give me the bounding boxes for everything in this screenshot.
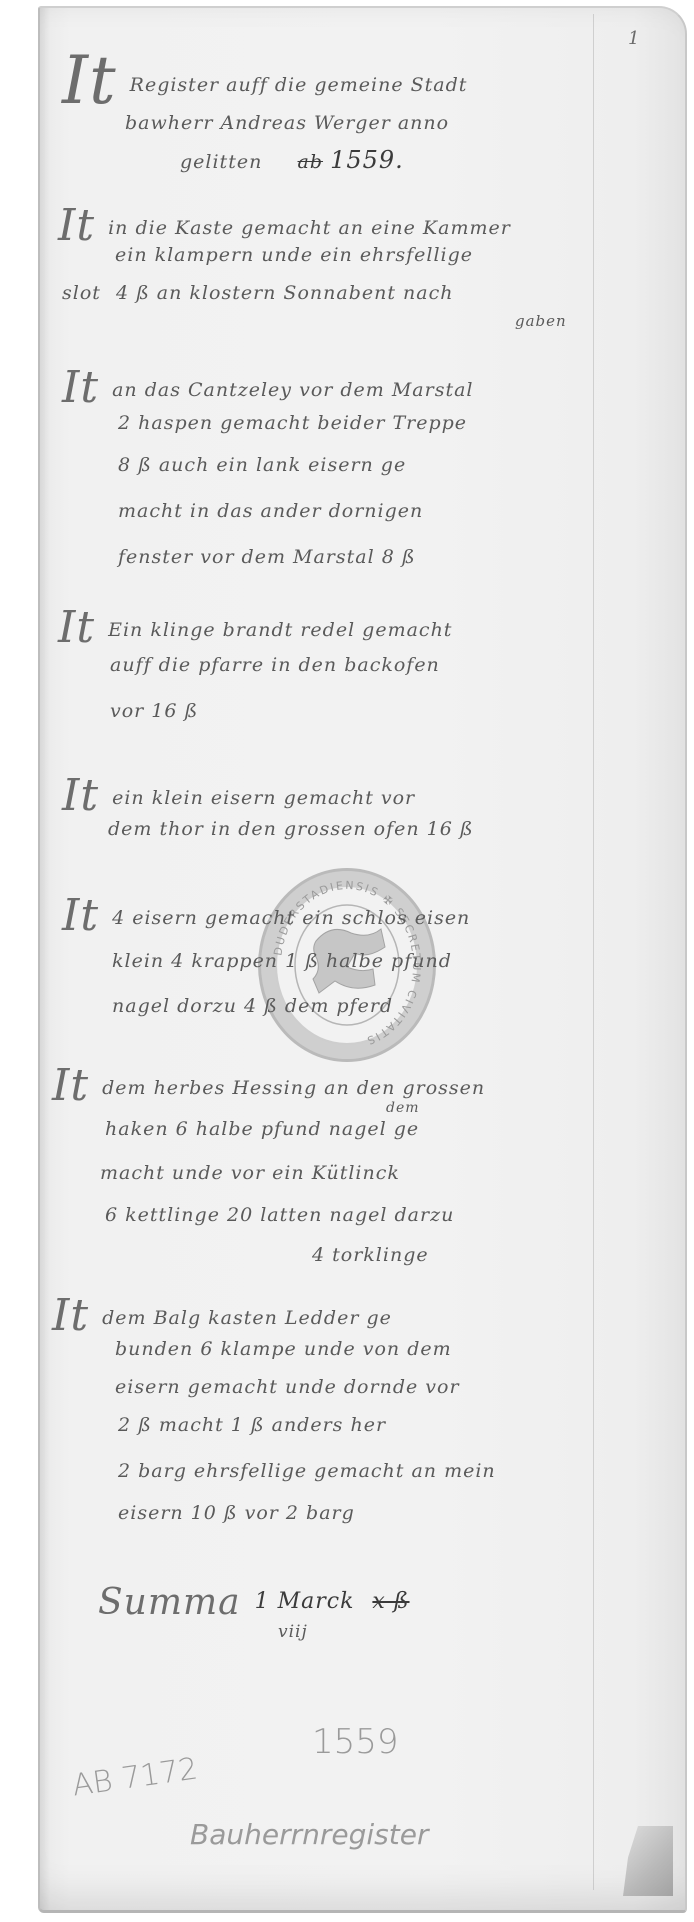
- entry-5-line-3: nagel dorzu 4 ß dem pferd: [112, 995, 393, 1017]
- crossed-text: x ß: [372, 1589, 409, 1614]
- entry-initial: It: [62, 890, 99, 941]
- entry-2-line-3: 8 ß auch ein lank eisern ge: [118, 454, 406, 476]
- entry-initial: It: [52, 1290, 89, 1341]
- entry-2-line-5: fenster vor dem Marstal 8 ß: [118, 546, 416, 568]
- decorative-initial: It: [62, 42, 117, 119]
- entry-initial: It: [58, 200, 95, 251]
- entry-5-line-2: klein 4 krappen 1 ß halbe pfund: [112, 950, 452, 972]
- entry-initial: It: [58, 602, 95, 653]
- entry-text: dem herbes Hessing an den grossen: [102, 1077, 485, 1099]
- header-year: 1559.: [330, 146, 404, 174]
- header-text-1: Register auff die gemeine Stadt: [130, 74, 468, 96]
- entry-initial: It: [62, 362, 99, 413]
- entry-7-line-4: 2 ß macht 1 ß anders her: [118, 1414, 386, 1436]
- entry-text: dem Balg kasten Ledder ge: [102, 1307, 392, 1329]
- entry-1-line-3: slot 4 ß an klostern Sonnabent nach: [62, 282, 453, 304]
- summa-label: Summa: [98, 1582, 241, 1623]
- summa-amount: 1 Marck: [255, 1589, 355, 1614]
- entry-7-line-1: It dem Balg kasten Ledder ge: [52, 1290, 392, 1341]
- entry-initial: It: [52, 1060, 89, 1111]
- entry-1-line-2: ein klampern unde ein ehrsfellige: [115, 244, 473, 266]
- entry-3-line-2: auff die pfarre in den backofen: [110, 654, 440, 676]
- entry-6-line-4: 6 kettlinge 20 latten nagel darzu: [105, 1204, 454, 1226]
- header-line-3: gelitten ab 1559.: [180, 146, 404, 174]
- header-text-2: bawherr Andreas Werger anno: [125, 112, 449, 134]
- header-line-1: It Register auff die gemeine Stadt: [62, 42, 467, 119]
- header-text-3: gelitten: [180, 151, 262, 173]
- entry-text: 4 ß an klostern Sonnabent nach: [116, 282, 454, 304]
- entry-5-line-1: It 4 eisern gemacht ein schlos eisen: [62, 890, 470, 941]
- archive-title: Bauherrnregister: [190, 1818, 428, 1851]
- entry-6-line-5: 4 torklinge: [312, 1244, 429, 1266]
- entry-3-line-1: It Ein klinge brandt redel gemacht: [58, 602, 452, 653]
- entry-7-line-5: 2 barg ehrsfellige gemacht an mein: [118, 1460, 496, 1482]
- page-corner-curl: [623, 1826, 673, 1896]
- summa-subline: viij: [278, 1622, 308, 1642]
- entry-6-line-2: haken 6 halbe pfund nagel ge: [105, 1118, 419, 1140]
- margin-note: slot: [62, 282, 101, 304]
- entry-6-interlinear: dem: [386, 1100, 420, 1116]
- entry-6-line-3: macht unde vor ein Kütlinck: [100, 1162, 400, 1184]
- entry-text: Ein klinge brandt redel gemacht: [108, 619, 452, 641]
- header-line-2: bawherr Andreas Werger anno: [125, 112, 449, 134]
- entry-6-line-1: It dem herbes Hessing an den grossen: [52, 1060, 485, 1111]
- entry-7-line-6: eisern 10 ß vor 2 barg: [118, 1502, 355, 1524]
- fold-line: [593, 14, 594, 1890]
- crossed-text: ab: [298, 151, 324, 173]
- archive-year: 1559: [312, 1722, 399, 1762]
- entry-2-line-2: 2 haspen gemacht beider Treppe: [118, 412, 467, 434]
- entry-2-line-1: It an das Cantzeley vor dem Marstal: [62, 362, 474, 413]
- entry-text: ein klein eisern gemacht vor: [112, 787, 415, 809]
- entry-7-line-2: bunden 6 klampe unde von dem: [115, 1338, 452, 1360]
- entry-4-line-1: It ein klein eisern gemacht vor: [62, 770, 415, 821]
- entry-7-line-3: eisern gemacht unde dornde vor: [115, 1376, 460, 1398]
- entry-3-line-3: vor 16 ß: [110, 700, 198, 722]
- summa-line: Summa 1 Marck x ß: [98, 1582, 410, 1623]
- entry-1-interlinear: gaben: [515, 312, 567, 330]
- entry-text: in die Kaste gemacht an eine Kammer: [108, 217, 511, 239]
- entry-initial: It: [62, 770, 99, 821]
- entry-text: an das Cantzeley vor dem Marstal: [112, 379, 473, 401]
- entry-2-line-4: macht in das ander dornigen: [118, 500, 423, 522]
- entry-4-line-2: dem thor in den grossen ofen 16 ß: [108, 818, 474, 840]
- entry-text: ein klampern unde ein ehrsfellige: [115, 244, 473, 266]
- page-number: 1: [628, 28, 639, 49]
- entry-text: 4 eisern gemacht ein schlos eisen: [112, 907, 470, 929]
